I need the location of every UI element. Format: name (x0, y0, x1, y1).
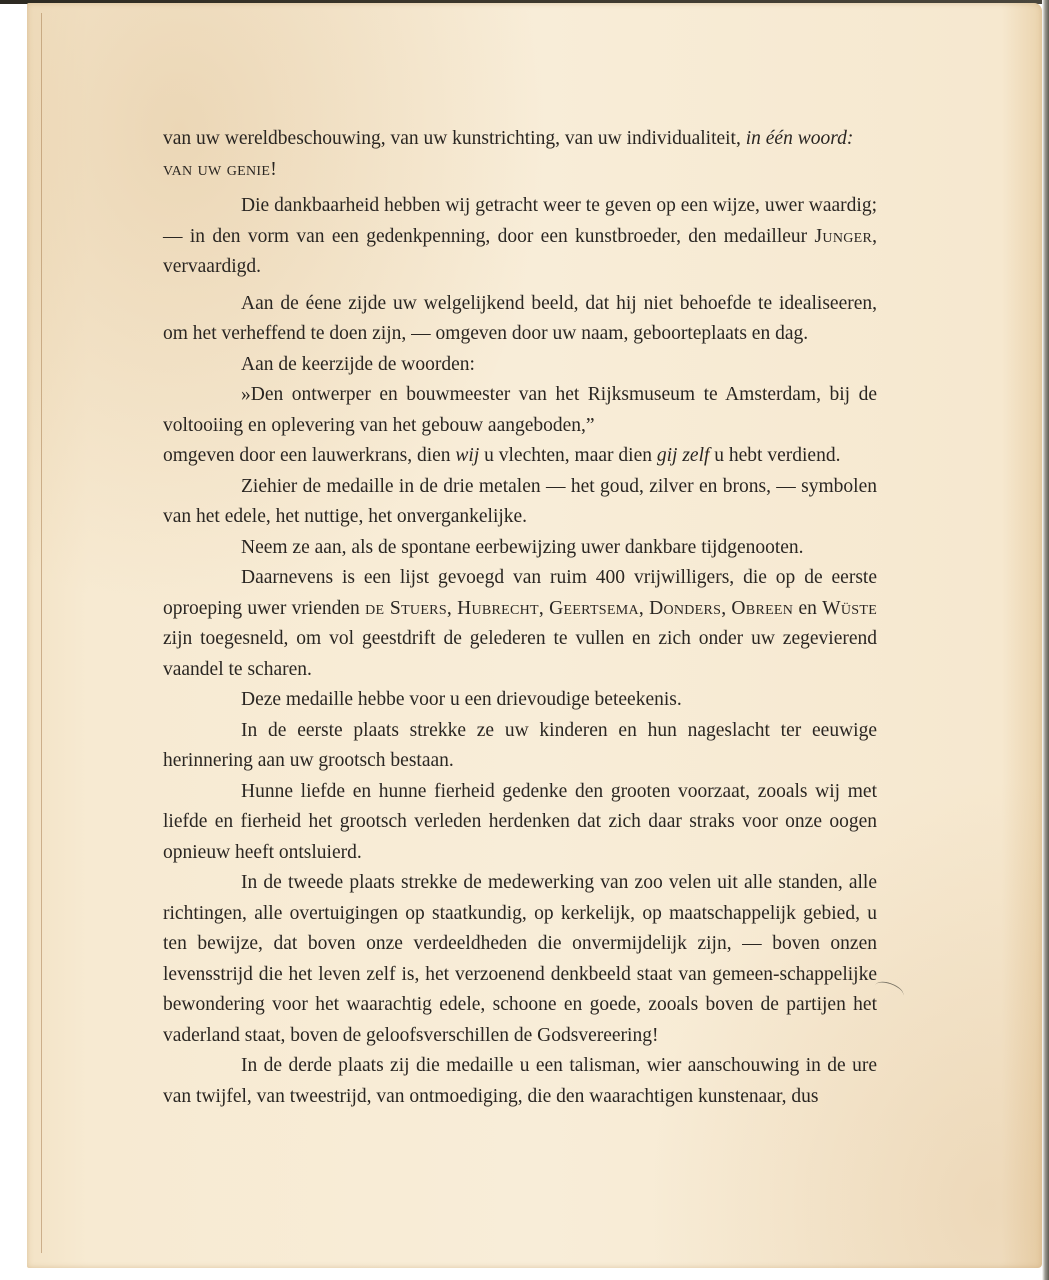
text-run: u hebt verdiend. (709, 445, 840, 466)
paragraph: »Den ontwerper en bouwmeester van het Ri… (163, 380, 877, 441)
paragraph: omgeven door een lauwerkrans, dien wij u… (163, 441, 877, 472)
smallcaps-text: Geertsema (549, 598, 639, 619)
smallcaps-text: de Stuers (365, 598, 447, 619)
text-run: Neem ze aan, als de spontane eerbewijzin… (241, 537, 804, 558)
italic-text: gij zelf (657, 445, 710, 466)
text-run: ! (270, 159, 277, 180)
paragraph: Aan de éene zijde uw welgelijkend beeld,… (163, 289, 877, 350)
smallcaps-text: Hubrecht (457, 598, 539, 619)
text-run: van uw wereldbeschouwing, van uw kunstri… (163, 128, 746, 149)
paragraph: In de tweede plaats strekke de medewerki… (163, 868, 877, 1051)
paragraph: In de eerste plaats strekke ze uw kinder… (163, 716, 877, 777)
text-run: , (447, 598, 457, 619)
text-run: Hunne liefde en hunne fierheid gedenke d… (163, 781, 877, 863)
italic-text: wij (455, 445, 479, 466)
text-run: »Den ontwerper en bouwmeester van het Ri… (163, 384, 877, 436)
scanner-right-edge (1042, 0, 1049, 1280)
text-run: In de derde plaats zij die medaille u ee… (163, 1055, 877, 1107)
text-run: u vlechten, maar dien (479, 445, 657, 466)
paragraph: In de derde plaats zij die medaille u ee… (163, 1051, 877, 1112)
scanned-page: van uw wereldbeschouwing, van uw kunstri… (0, 0, 1049, 1280)
text-run: In de tweede plaats strekke de medewerki… (163, 872, 877, 1046)
paragraph: Deze medaille hebbe voor u een drievoudi… (163, 685, 877, 716)
body-text: van uw wereldbeschouwing, van uw kunstri… (163, 124, 877, 1112)
paragraph: van uw genie! (163, 155, 877, 186)
text-run: Deze medaille hebbe voor u een drievoudi… (241, 689, 682, 710)
paragraph: Die dankbaarheid hebben wij getracht wee… (163, 191, 877, 283)
smallcaps-text: van uw genie (163, 159, 270, 180)
text-run: In de eerste plaats strekke ze uw kinder… (163, 720, 877, 772)
text-run: , (539, 598, 549, 619)
paragraph: van uw wereldbeschouwing, van uw kunstri… (163, 124, 877, 155)
text-run: zijn toegesneld, om vol geestdrift de ge… (163, 628, 877, 680)
italic-text: in één woord: (746, 128, 854, 149)
text-run: Aan de keerzijde de woorden: (241, 354, 475, 375)
text-run: , (639, 598, 649, 619)
paragraph: Daarnevens is een lijst gevoegd van ruim… (163, 563, 877, 685)
text-run: Ziehier de medaille in de drie metalen —… (163, 476, 877, 528)
fold-line (41, 13, 42, 1253)
text-run: en (793, 598, 822, 619)
smallcaps-text: Wüste (822, 598, 877, 619)
smallcaps-text: Obreen (731, 598, 793, 619)
paragraph: Aan de keerzijde de woorden: (163, 350, 877, 381)
smallcaps-text: Donders (649, 598, 721, 619)
text-run: , (721, 598, 731, 619)
smallcaps-text: Junger (815, 226, 873, 247)
text-run: Aan de éene zijde uw welgelijkend beeld,… (163, 293, 877, 345)
paragraph: Ziehier de medaille in de drie metalen —… (163, 472, 877, 533)
text-run: Die dankbaarheid hebben wij getracht wee… (163, 195, 877, 247)
text-run: omgeven door een lauwerkrans, dien (163, 445, 455, 466)
paragraph: Hunne liefde en hunne fierheid gedenke d… (163, 777, 877, 869)
paragraph: Neem ze aan, als de spontane eerbewijzin… (163, 533, 877, 564)
